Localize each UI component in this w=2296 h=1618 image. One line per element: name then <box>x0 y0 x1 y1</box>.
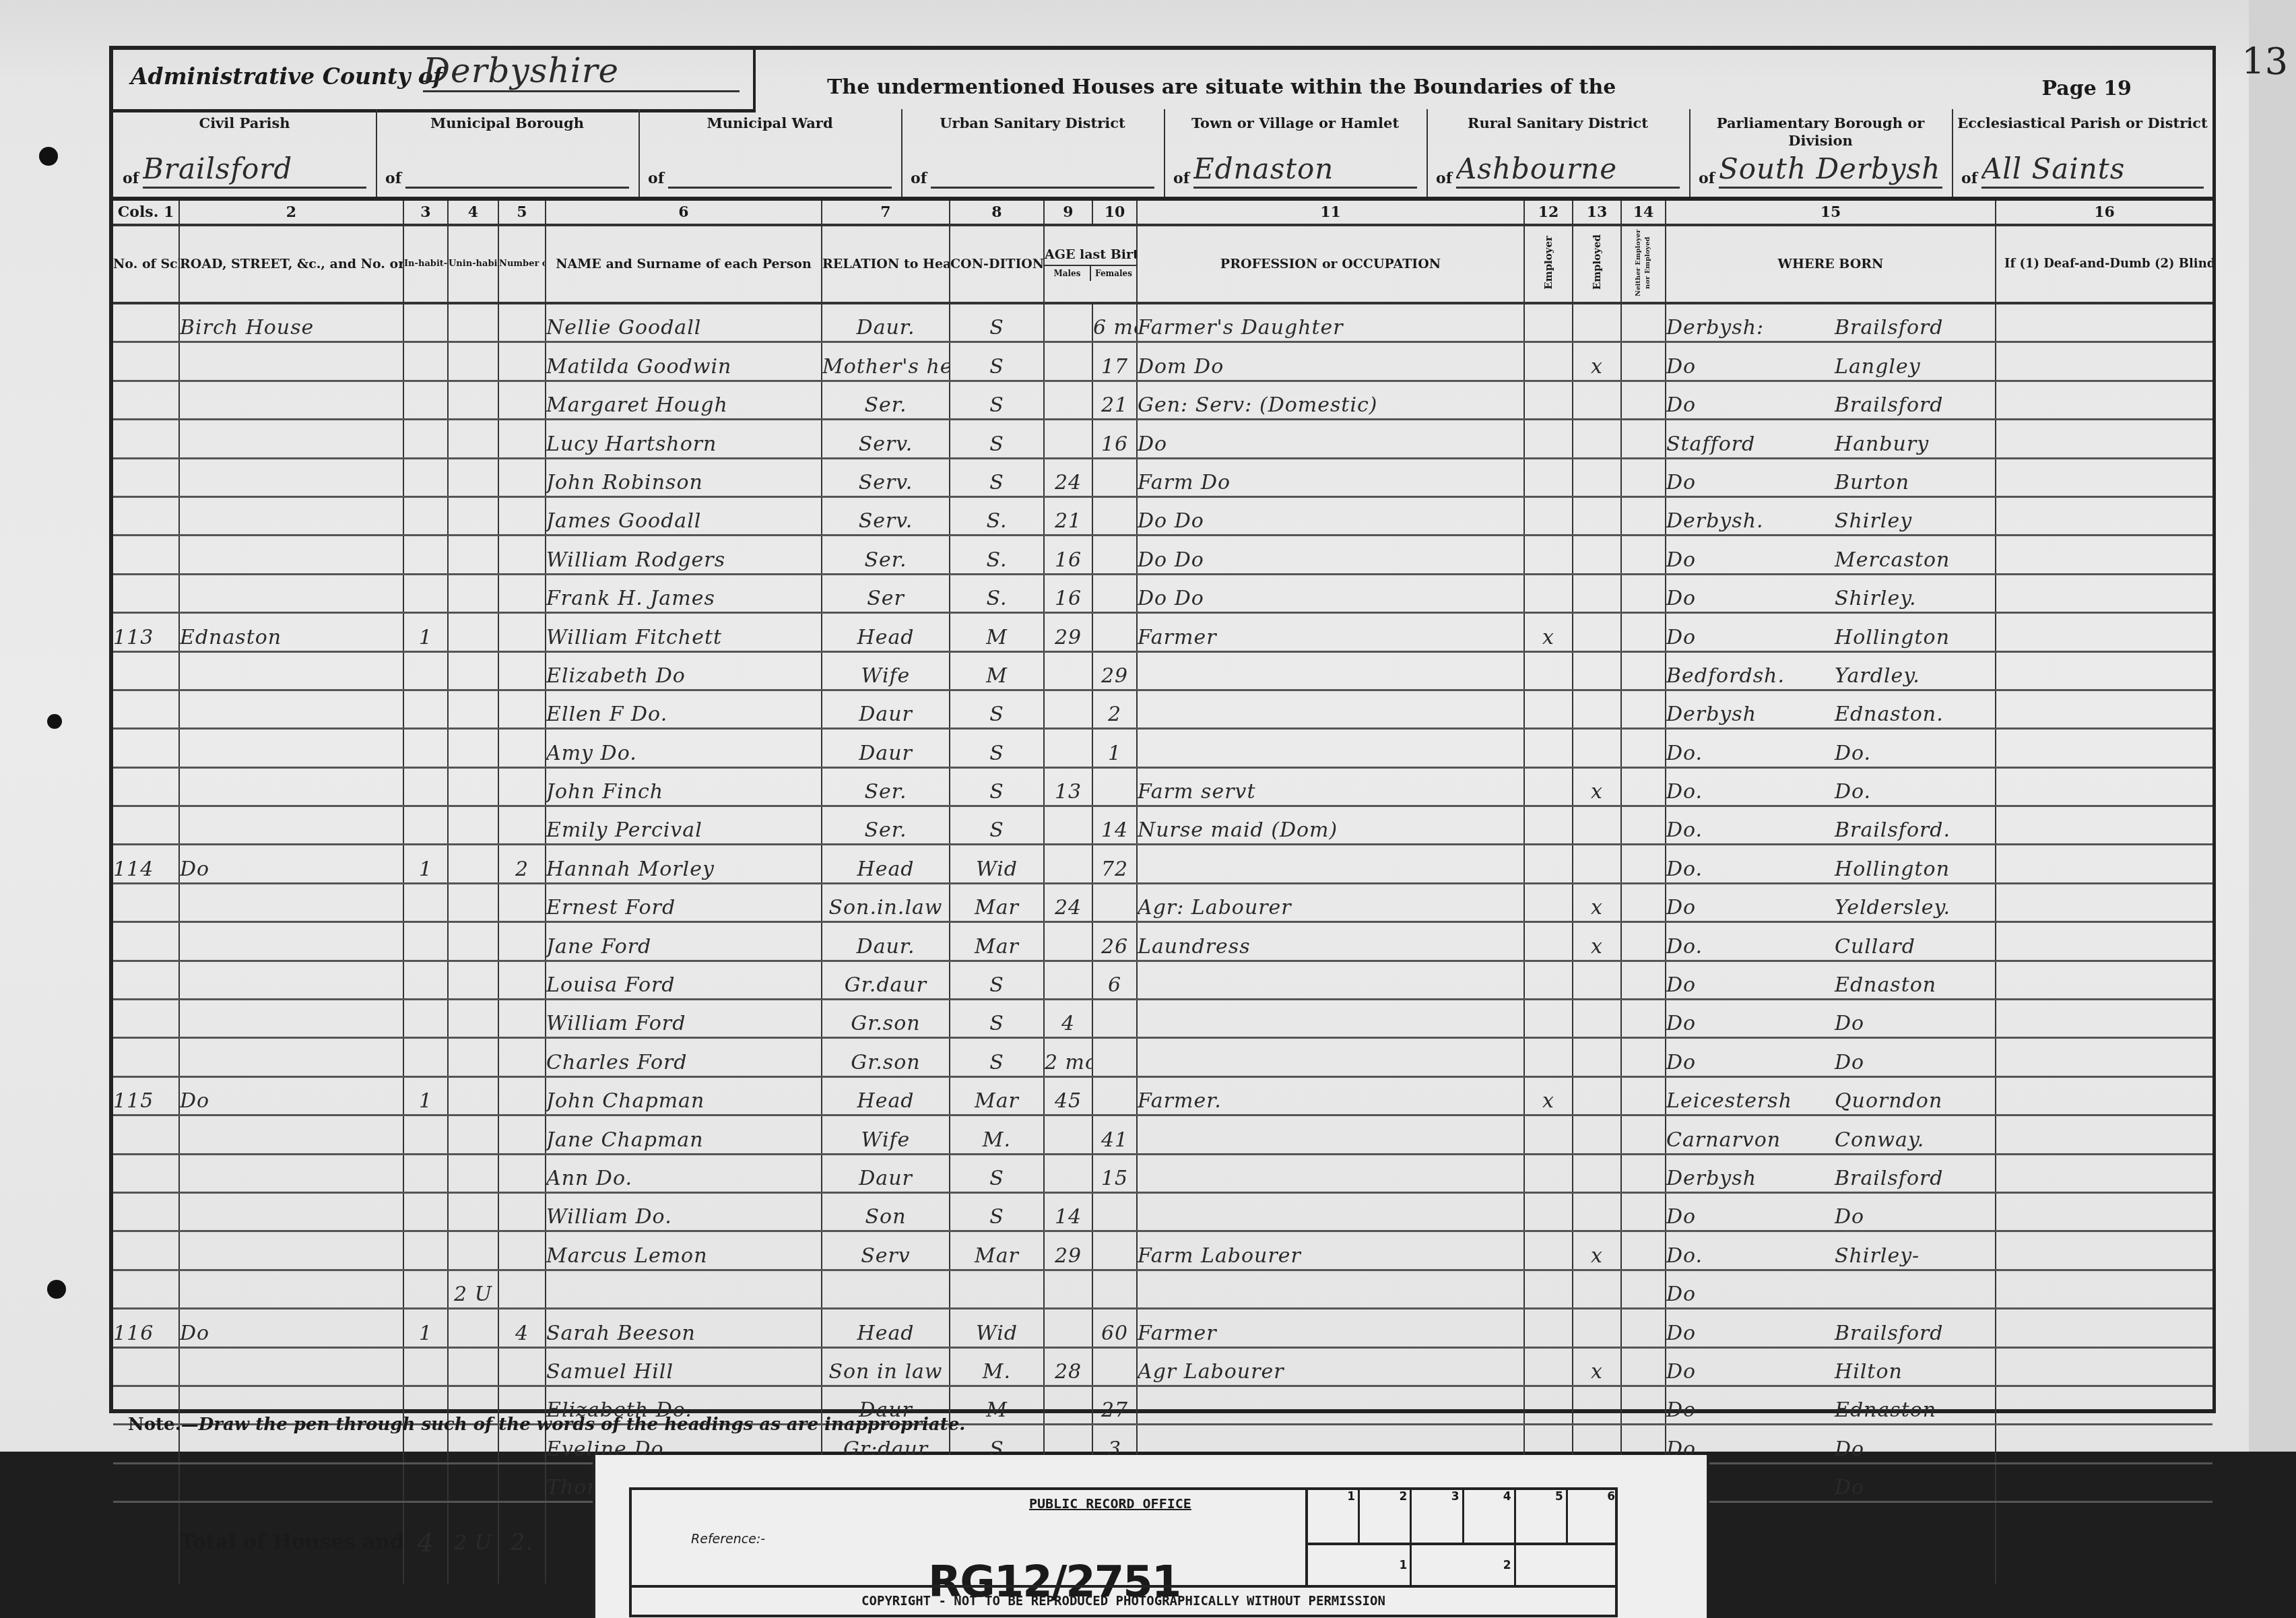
inhabited <box>403 1347 448 1386</box>
male-age: 21 <box>1044 496 1092 535</box>
inhabited <box>403 1038 448 1076</box>
person-name: Ann Do. <box>546 1154 822 1192</box>
employed-mark <box>1573 381 1621 419</box>
employed-mark <box>1573 806 1621 845</box>
census-row: Frank H. James Ser S. 16 Do Do DoShirley… <box>113 574 2212 612</box>
census-row: 116 Do 1 4 Sarah Beeson Head Wid 60 Farm… <box>113 1309 2212 1347</box>
census-row: Ernest Ford Son.in.law Mar 24 Agr: Labou… <box>113 883 2212 921</box>
person-name: Frank H. James <box>546 574 822 612</box>
inhabited: 1 <box>403 613 448 651</box>
schedule-number <box>113 690 179 728</box>
region-town-village-hamlet: Town or Village or Hamlet ofEdnaston <box>1164 109 1428 197</box>
male-age: 24 <box>1044 883 1092 921</box>
person-name: Elizabeth Do <box>546 651 822 690</box>
uninhabited <box>448 690 498 728</box>
rooms <box>498 883 546 921</box>
person-name: Jane Ford <box>546 922 822 961</box>
rooms <box>498 1076 546 1115</box>
male-age <box>1044 303 1092 342</box>
rooms <box>498 536 546 574</box>
employer-mark <box>1524 1192 1573 1231</box>
male-age: 4 <box>1044 1000 1092 1038</box>
infirmity <box>1996 767 2212 806</box>
region-municipal-borough: Municipal Borough of <box>376 109 640 197</box>
occupation: Farmer's Daughter <box>1137 303 1524 342</box>
house-address <box>179 496 403 535</box>
census-row: John Robinson Serv. S 24 Farm Do DoBurto… <box>113 458 2212 496</box>
reference-label: Reference:- <box>691 1532 765 1547</box>
relation: Daur <box>822 729 950 767</box>
rooms <box>498 574 546 612</box>
schedule-number <box>113 496 179 535</box>
male-age <box>1044 845 1092 883</box>
male-age <box>1044 342 1092 381</box>
occupation <box>1137 1038 1524 1076</box>
occupation <box>1137 1000 1524 1038</box>
uninhabited <box>448 1463 498 1501</box>
infirmity <box>1996 1076 2212 1115</box>
house-address <box>179 381 403 419</box>
employer-mark <box>1524 1347 1573 1386</box>
employed-mark <box>1573 1309 1621 1347</box>
condition: S <box>950 1154 1044 1192</box>
schedule-number <box>113 536 179 574</box>
where-born: Do.Do. <box>1666 767 1996 806</box>
infirmity <box>1996 420 2212 458</box>
house-address <box>179 1463 403 1501</box>
inhabited: 1 <box>403 845 448 883</box>
where-born: DoDo <box>1666 1000 1996 1038</box>
ecclesiastical-value: All Saints <box>1981 152 2204 189</box>
employer-mark <box>1524 767 1573 806</box>
house-address <box>179 806 403 845</box>
census-row: William Rodgers Ser. S. 16 Do Do DoMerca… <box>113 536 2212 574</box>
rooms <box>498 1154 546 1192</box>
person-name: Louisa Ford <box>546 961 822 999</box>
neither-mark <box>1621 651 1666 690</box>
where-born: DoEdnaston <box>1666 1386 1996 1424</box>
house-address <box>179 651 403 690</box>
male-age <box>1044 1115 1092 1154</box>
neither-mark <box>1621 1115 1666 1154</box>
uninhabited <box>448 729 498 767</box>
house-address <box>179 1000 403 1038</box>
employed-mark: x <box>1573 1347 1621 1386</box>
employer-mark: x <box>1524 613 1573 651</box>
inhabited <box>403 496 448 535</box>
rooms <box>498 1192 546 1231</box>
person-name: Nellie Goodall <box>546 303 822 342</box>
employer-mark <box>1524 845 1573 883</box>
infirmity <box>1996 883 2212 921</box>
schedule-number <box>113 342 179 381</box>
female-age: 6 mo <box>1092 303 1137 342</box>
neither-mark <box>1621 574 1666 612</box>
house-address <box>179 767 403 806</box>
condition: S <box>950 381 1044 419</box>
header-inhabited: In-habit-ed <box>403 225 448 303</box>
inhabited <box>403 458 448 496</box>
relation: Head <box>822 845 950 883</box>
county-value: Derbyshire <box>423 51 740 92</box>
relation: Gr.son <box>822 1000 950 1038</box>
neither-mark <box>1621 1270 1666 1308</box>
employed-mark <box>1573 496 1621 535</box>
uninhabited <box>448 922 498 961</box>
uninhabited <box>448 303 498 342</box>
infirmity <box>1996 845 2212 883</box>
where-born: Derbysh:Brailsford <box>1666 303 1996 342</box>
male-age: 45 <box>1044 1076 1092 1115</box>
person-name: Matilda Goodwin <box>546 342 822 381</box>
neither-mark <box>1621 1386 1666 1424</box>
schedule-number <box>113 1270 179 1308</box>
schedule-number <box>113 651 179 690</box>
inhabited <box>403 1231 448 1270</box>
rooms <box>498 961 546 999</box>
census-row: Elizabeth Do Wife M 29 Bedfordsh.Yardley… <box>113 651 2212 690</box>
infirmity <box>1996 1115 2212 1154</box>
census-row: Emily Percival Ser. S 14 Nurse maid (Dom… <box>113 806 2212 845</box>
condition: M <box>950 613 1044 651</box>
house-address <box>179 1270 403 1308</box>
condition: S <box>950 1192 1044 1231</box>
employer-mark <box>1524 1309 1573 1347</box>
male-age <box>1044 1154 1092 1192</box>
census-row: Marcus Lemon Serv Mar 29 Farm Labourer x… <box>113 1231 2212 1270</box>
employed-mark: x <box>1573 883 1621 921</box>
person-name: Lucy Hartshorn <box>546 420 822 458</box>
employer-mark <box>1524 1270 1573 1308</box>
infirmity <box>1996 381 2212 419</box>
employed-mark: x <box>1573 1231 1621 1270</box>
employer-mark <box>1524 961 1573 999</box>
neither-mark <box>1621 1000 1666 1038</box>
condition: Mar <box>950 1076 1044 1115</box>
female-age <box>1092 496 1137 535</box>
header-uninhabited: Unin-habited (U.), or Building (B.) <box>448 225 498 303</box>
occupation: Do Do <box>1137 536 1524 574</box>
uninhabited <box>448 651 498 690</box>
neither-mark <box>1621 690 1666 728</box>
infirmity <box>1996 496 2212 535</box>
header-schedule: No. of Schedule <box>113 225 179 303</box>
infirmity <box>1996 651 2212 690</box>
folio-number: 13 <box>2241 40 2288 83</box>
condition: S <box>950 767 1044 806</box>
female-age: 14 <box>1092 806 1137 845</box>
uninhabited: 2 U <box>448 1270 498 1308</box>
infirmity <box>1996 303 2212 342</box>
region-urban-sanitary-district: Urban Sanitary District of <box>901 109 1165 197</box>
where-born: CarnarvonConway. <box>1666 1115 1996 1154</box>
condition: S <box>950 303 1044 342</box>
house-address <box>179 729 403 767</box>
person-name <box>546 1270 822 1308</box>
condition: Wid <box>950 1309 1044 1347</box>
header-females: Females <box>1090 266 1136 281</box>
neither-mark <box>1621 1076 1666 1115</box>
where-born: DoDo <box>1666 1192 1996 1231</box>
relation: Wife <box>822 651 950 690</box>
rooms <box>498 342 546 381</box>
copyright-notice: COPYRIGHT - NOT TO BE REPRODUCED PHOTOGR… <box>632 1585 1615 1615</box>
person-name: William Ford <box>546 1000 822 1038</box>
inhabited: 1 <box>403 1309 448 1347</box>
infirmity <box>1996 458 2212 496</box>
census-row: Jane Ford Daur. Mar 26 Laundress x Do.Cu… <box>113 922 2212 961</box>
inhabited <box>403 1000 448 1038</box>
female-age <box>1092 883 1137 921</box>
employed-mark <box>1573 420 1621 458</box>
where-born: DoBurton <box>1666 458 1996 496</box>
female-age <box>1092 1231 1137 1270</box>
census-row: John Finch Ser. S 13 Farm servt x Do.Do. <box>113 767 2212 806</box>
scale-ruler: 123 456 12 <box>1305 1490 1618 1588</box>
infirmity <box>1996 922 2212 961</box>
header-relation: RELATION to Head of Family <box>822 225 950 303</box>
punch-hole-icon <box>47 714 62 729</box>
relation: Head <box>822 1309 950 1347</box>
header-occupation: PROFESSION or OCCUPATION <box>1137 225 1524 303</box>
female-age: 26 <box>1092 922 1137 961</box>
neither-mark <box>1621 1038 1666 1076</box>
infirmity <box>1996 1270 2212 1308</box>
census-row: Ellen F Do. Daur S 2 DerbyshEdnaston. <box>113 690 2212 728</box>
condition: M. <box>950 1347 1044 1386</box>
occupation: Farmer. <box>1137 1076 1524 1115</box>
schedule-number: 114 <box>113 845 179 883</box>
where-born: StaffordHanbury <box>1666 420 1996 458</box>
person-name: Emily Percival <box>546 806 822 845</box>
employer-mark <box>1524 303 1573 342</box>
condition: M <box>950 651 1044 690</box>
house-address: Ednaston <box>179 613 403 651</box>
condition: Mar <box>950 883 1044 921</box>
where-born: DoShirley. <box>1666 574 1996 612</box>
rooms <box>498 496 546 535</box>
where-born: DoHilton <box>1666 1347 1996 1386</box>
hamlet-value: Ednaston <box>1193 152 1417 189</box>
employed-mark <box>1573 1115 1621 1154</box>
relation: Ser. <box>822 536 950 574</box>
person-name: John Finch <box>546 767 822 806</box>
form-heading: The undermentioned Houses are situate wi… <box>827 75 1616 99</box>
person-name: Ellen F Do. <box>546 690 822 728</box>
neither-mark <box>1621 303 1666 342</box>
occupation <box>1137 1154 1524 1192</box>
civil-parish-value: Brailsford <box>143 152 366 189</box>
female-age <box>1092 1000 1137 1038</box>
rooms <box>498 1231 546 1270</box>
where-born: DerbyshBrailsford <box>1666 1154 1996 1192</box>
where-born: DoHollington <box>1666 613 1996 651</box>
relation: Daur <box>822 690 950 728</box>
where-born: DoMercaston <box>1666 536 1996 574</box>
neither-mark <box>1621 1192 1666 1231</box>
employer-mark <box>1524 883 1573 921</box>
employed-mark <box>1573 729 1621 767</box>
male-age <box>1044 420 1092 458</box>
uninhabited <box>448 1347 498 1386</box>
where-born: DoDo <box>1666 1038 1996 1076</box>
employer-mark <box>1524 1038 1573 1076</box>
rooms <box>498 613 546 651</box>
schedule-number: 116 <box>113 1309 179 1347</box>
census-form: Administrative County of Derbyshire The … <box>109 46 2216 1413</box>
female-age: 2 <box>1092 690 1137 728</box>
form-note: Note.—Draw the pen through such of the w… <box>128 1415 965 1435</box>
female-age: 41 <box>1092 1115 1137 1154</box>
person-name: Sarah Beeson <box>546 1309 822 1347</box>
infirmity <box>1996 961 2212 999</box>
employed-mark <box>1573 536 1621 574</box>
employed-mark: x <box>1573 342 1621 381</box>
house-address: Do <box>179 1076 403 1115</box>
where-born: Do <box>1666 1270 1996 1308</box>
region-row: Civil Parish ofBrailsford Municipal Boro… <box>113 109 2212 201</box>
inhabited <box>403 1192 448 1231</box>
occupation: Do <box>1137 420 1524 458</box>
female-age <box>1092 1076 1137 1115</box>
condition: S <box>950 729 1044 767</box>
infirmity <box>1996 1386 2212 1424</box>
female-age: 21 <box>1092 381 1137 419</box>
relation: Daur. <box>822 922 950 961</box>
employer-mark <box>1524 729 1573 767</box>
inhabited: 1 <box>403 1076 448 1115</box>
rooms <box>498 303 546 342</box>
uninhabited <box>448 1154 498 1192</box>
female-age <box>1092 767 1137 806</box>
relation: Ser. <box>822 381 950 419</box>
employer-mark <box>1524 342 1573 381</box>
neither-mark <box>1621 767 1666 806</box>
uninhabited <box>448 536 498 574</box>
uninhabited <box>448 1309 498 1347</box>
female-age <box>1092 458 1137 496</box>
person-name: Hannah Morley <box>546 845 822 883</box>
employed-mark <box>1573 845 1621 883</box>
employed-mark <box>1573 1038 1621 1076</box>
rooms <box>498 922 546 961</box>
header-employed: Employed <box>1573 225 1621 303</box>
male-age: 13 <box>1044 767 1092 806</box>
infirmity <box>1996 1192 2212 1231</box>
totals-houses-label: Total of Houses and of Tenements with le… <box>179 1502 403 1584</box>
schedule-number <box>113 420 179 458</box>
person-name: Jane Chapman <box>546 1115 822 1154</box>
inhabited <box>403 420 448 458</box>
person-name: William Do. <box>546 1192 822 1231</box>
header-infirmity: If (1) Deaf-and-Dumb (2) Blind (3) Lunat… <box>1996 225 2212 303</box>
where-born: Do.Shirley- <box>1666 1231 1996 1270</box>
public-record-office: PUBLIC RECORD OFFICE <box>1029 1495 1191 1512</box>
census-row: 115 Do 1 John Chapman Head Mar 45 Farmer… <box>113 1076 2212 1115</box>
occupation <box>1137 690 1524 728</box>
employed-mark: x <box>1573 767 1621 806</box>
uninhabited <box>448 1115 498 1154</box>
neither-mark <box>1621 536 1666 574</box>
condition <box>950 1270 1044 1308</box>
where-born: Do.Hollington <box>1666 845 1996 883</box>
region-civil-parish: Civil Parish ofBrailsford <box>113 109 377 197</box>
infirmity <box>1996 536 2212 574</box>
occupation <box>1137 845 1524 883</box>
relation: Gr.son <box>822 1038 950 1076</box>
schedule-number <box>113 1192 179 1231</box>
relation: Ser. <box>822 767 950 806</box>
person-name: John Robinson <box>546 458 822 496</box>
house-address <box>179 1115 403 1154</box>
infirmity <box>1996 1038 2212 1076</box>
schedule-number <box>113 1154 179 1192</box>
female-age: 15 <box>1092 1154 1137 1192</box>
infirmity <box>1996 574 2212 612</box>
female-age: 60 <box>1092 1309 1137 1347</box>
region-parliamentary-division: Parliamentary Borough or Division ofSout… <box>1689 109 1953 197</box>
relation: Serv. <box>822 458 950 496</box>
condition: S <box>950 1000 1044 1038</box>
schedule-number: 115 <box>113 1076 179 1115</box>
uninhabited <box>448 613 498 651</box>
person-name: Marcus Lemon <box>546 1231 822 1270</box>
census-row: James Goodall Serv. S. 21 Do Do Derbysh.… <box>113 496 2212 535</box>
employed-mark <box>1573 303 1621 342</box>
house-address <box>179 1231 403 1270</box>
employed-mark <box>1573 613 1621 651</box>
inhabited <box>403 767 448 806</box>
employed-mark <box>1573 1154 1621 1192</box>
female-age <box>1092 1270 1137 1308</box>
uninhabited <box>448 420 498 458</box>
house-address <box>179 574 403 612</box>
header-neither: Neither Employer nor Employed <box>1621 225 1666 303</box>
condition: S <box>950 458 1044 496</box>
relation: Head <box>822 613 950 651</box>
region-rural-sanitary-district: Rural Sanitary District ofAshbourne <box>1426 109 1691 197</box>
person-name: Charles Ford <box>546 1038 822 1076</box>
total-rooms: 2. <box>498 1502 546 1584</box>
employer-mark: x <box>1524 1076 1573 1115</box>
where-born: DoLangley <box>1666 342 1996 381</box>
schedule-number <box>113 883 179 921</box>
uninhabited <box>448 342 498 381</box>
rooms <box>498 381 546 419</box>
where-born: Do.Do. <box>1666 729 1996 767</box>
where-born: DerbyshEdnaston. <box>1666 690 1996 728</box>
neither-mark <box>1621 1154 1666 1192</box>
where-born: DoYeldersley. <box>1666 883 1996 921</box>
uninhabited <box>448 1192 498 1231</box>
schedule-number <box>113 1231 179 1270</box>
employer-mark <box>1524 496 1573 535</box>
occupation <box>1137 1115 1524 1154</box>
infirmity <box>1996 1231 2212 1270</box>
house-address <box>179 1192 403 1231</box>
relation <box>822 1270 950 1308</box>
employed-mark <box>1573 1270 1621 1308</box>
census-row: 114 Do 1 2 Hannah Morley Head Wid 72 Do.… <box>113 845 2212 883</box>
female-age: 29 <box>1092 651 1137 690</box>
uninhabited <box>448 574 498 612</box>
punch-hole-icon <box>47 1280 66 1299</box>
house-address <box>179 420 403 458</box>
male-age <box>1044 1270 1092 1308</box>
inhabited <box>403 729 448 767</box>
relation: Head <box>822 1076 950 1115</box>
person-name: William Fitchett <box>546 613 822 651</box>
